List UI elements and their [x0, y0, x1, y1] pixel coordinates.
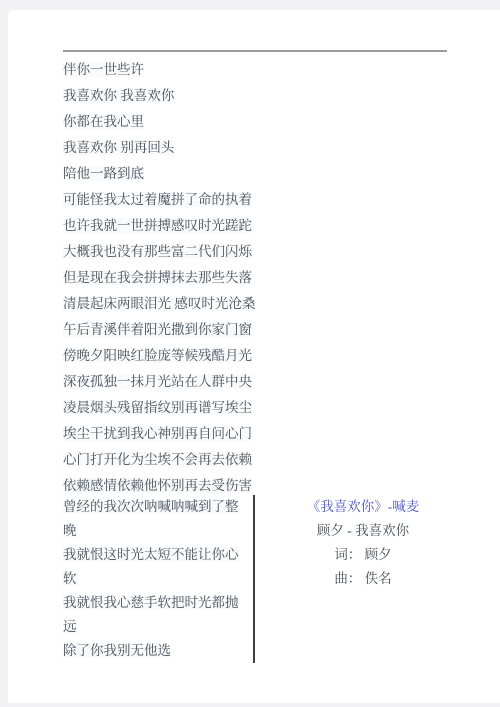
top-divider-line [63, 50, 447, 52]
lyric-line: 我喜欢你 别再回头 [63, 135, 500, 161]
lyric-line: 我就恨这时光太短不能让你心软 [63, 543, 245, 591]
lyric-line: 埃尘干扰到我心神别再自问心门 [63, 421, 500, 447]
lyric-line: 傍晚夕阳映红脸庞等候残酷月光 [63, 343, 500, 369]
song-artist: 顾夕 - 我喜欢你 [301, 519, 425, 543]
lyric-line: 凌晨烟头残留指纹别再谱写埃尘 [63, 395, 500, 421]
lyric-line: 伴你一世些许 [63, 57, 500, 83]
song-info-panel: 《我喜欢你》-喊麦 顾夕 - 我喜欢你 词： 顾夕 曲： 佚名 [301, 495, 425, 591]
lyric-line: 除了你我别无他选 [63, 639, 245, 663]
lyric-line: 但是现在我会拼搏抹去那些失落 [63, 265, 500, 291]
lyrics-section-top: 伴你一世些许我喜欢你 我喜欢你你都在我心里我喜欢你 别再回头陪他一路到底可能怪我… [63, 57, 500, 499]
song-composer: 曲： 佚名 [301, 567, 425, 591]
lyric-line: 可能怪我太过着魔拼了命的执着 [63, 187, 500, 213]
lyric-line: 陪他一路到底 [63, 161, 500, 187]
lyric-line: 曾经的我次次呐喊呐喊到了整晚 [63, 495, 245, 543]
song-lyricist: 词： 顾夕 [301, 543, 425, 567]
lyric-line: 大概我也没有那些富二代们闪烁 [63, 239, 500, 265]
lyric-line: 深夜孤独一抹月光站在人群中央 [63, 369, 500, 395]
lyric-line: 你都在我心里 [63, 109, 500, 135]
lyrics-section-bottom: 曾经的我次次呐喊呐喊到了整晚我就恨这时光太短不能让你心软我就恨我心慈手软把时光都… [63, 495, 255, 663]
song-title-link[interactable]: 《我喜欢你》-喊麦 [301, 495, 425, 519]
lyric-line: 我喜欢你 我喜欢你 [63, 83, 500, 109]
lyric-line: 心门打开化为尘埃不会再去依赖 [63, 447, 500, 473]
lyrics-bottom-row: 曾经的我次次呐喊呐喊到了整晚我就恨这时光太短不能让你心软我就恨我心慈手软把时光都… [63, 495, 500, 663]
lyric-line: 也许我就一世拼搏感叹时光蹉跎 [63, 213, 500, 239]
lyrics-page: 伴你一世些许我喜欢你 我喜欢你你都在我心里我喜欢你 别再回头陪他一路到底可能怪我… [8, 10, 500, 703]
lyric-line: 我就恨我心慈手软把时光都抛远 [63, 591, 245, 639]
lyric-line: 清晨起床两眼泪光 感叹时光沧桑 [63, 291, 500, 317]
lyric-line: 午后青溪伴着阳光撒到你家门窗 [63, 317, 500, 343]
